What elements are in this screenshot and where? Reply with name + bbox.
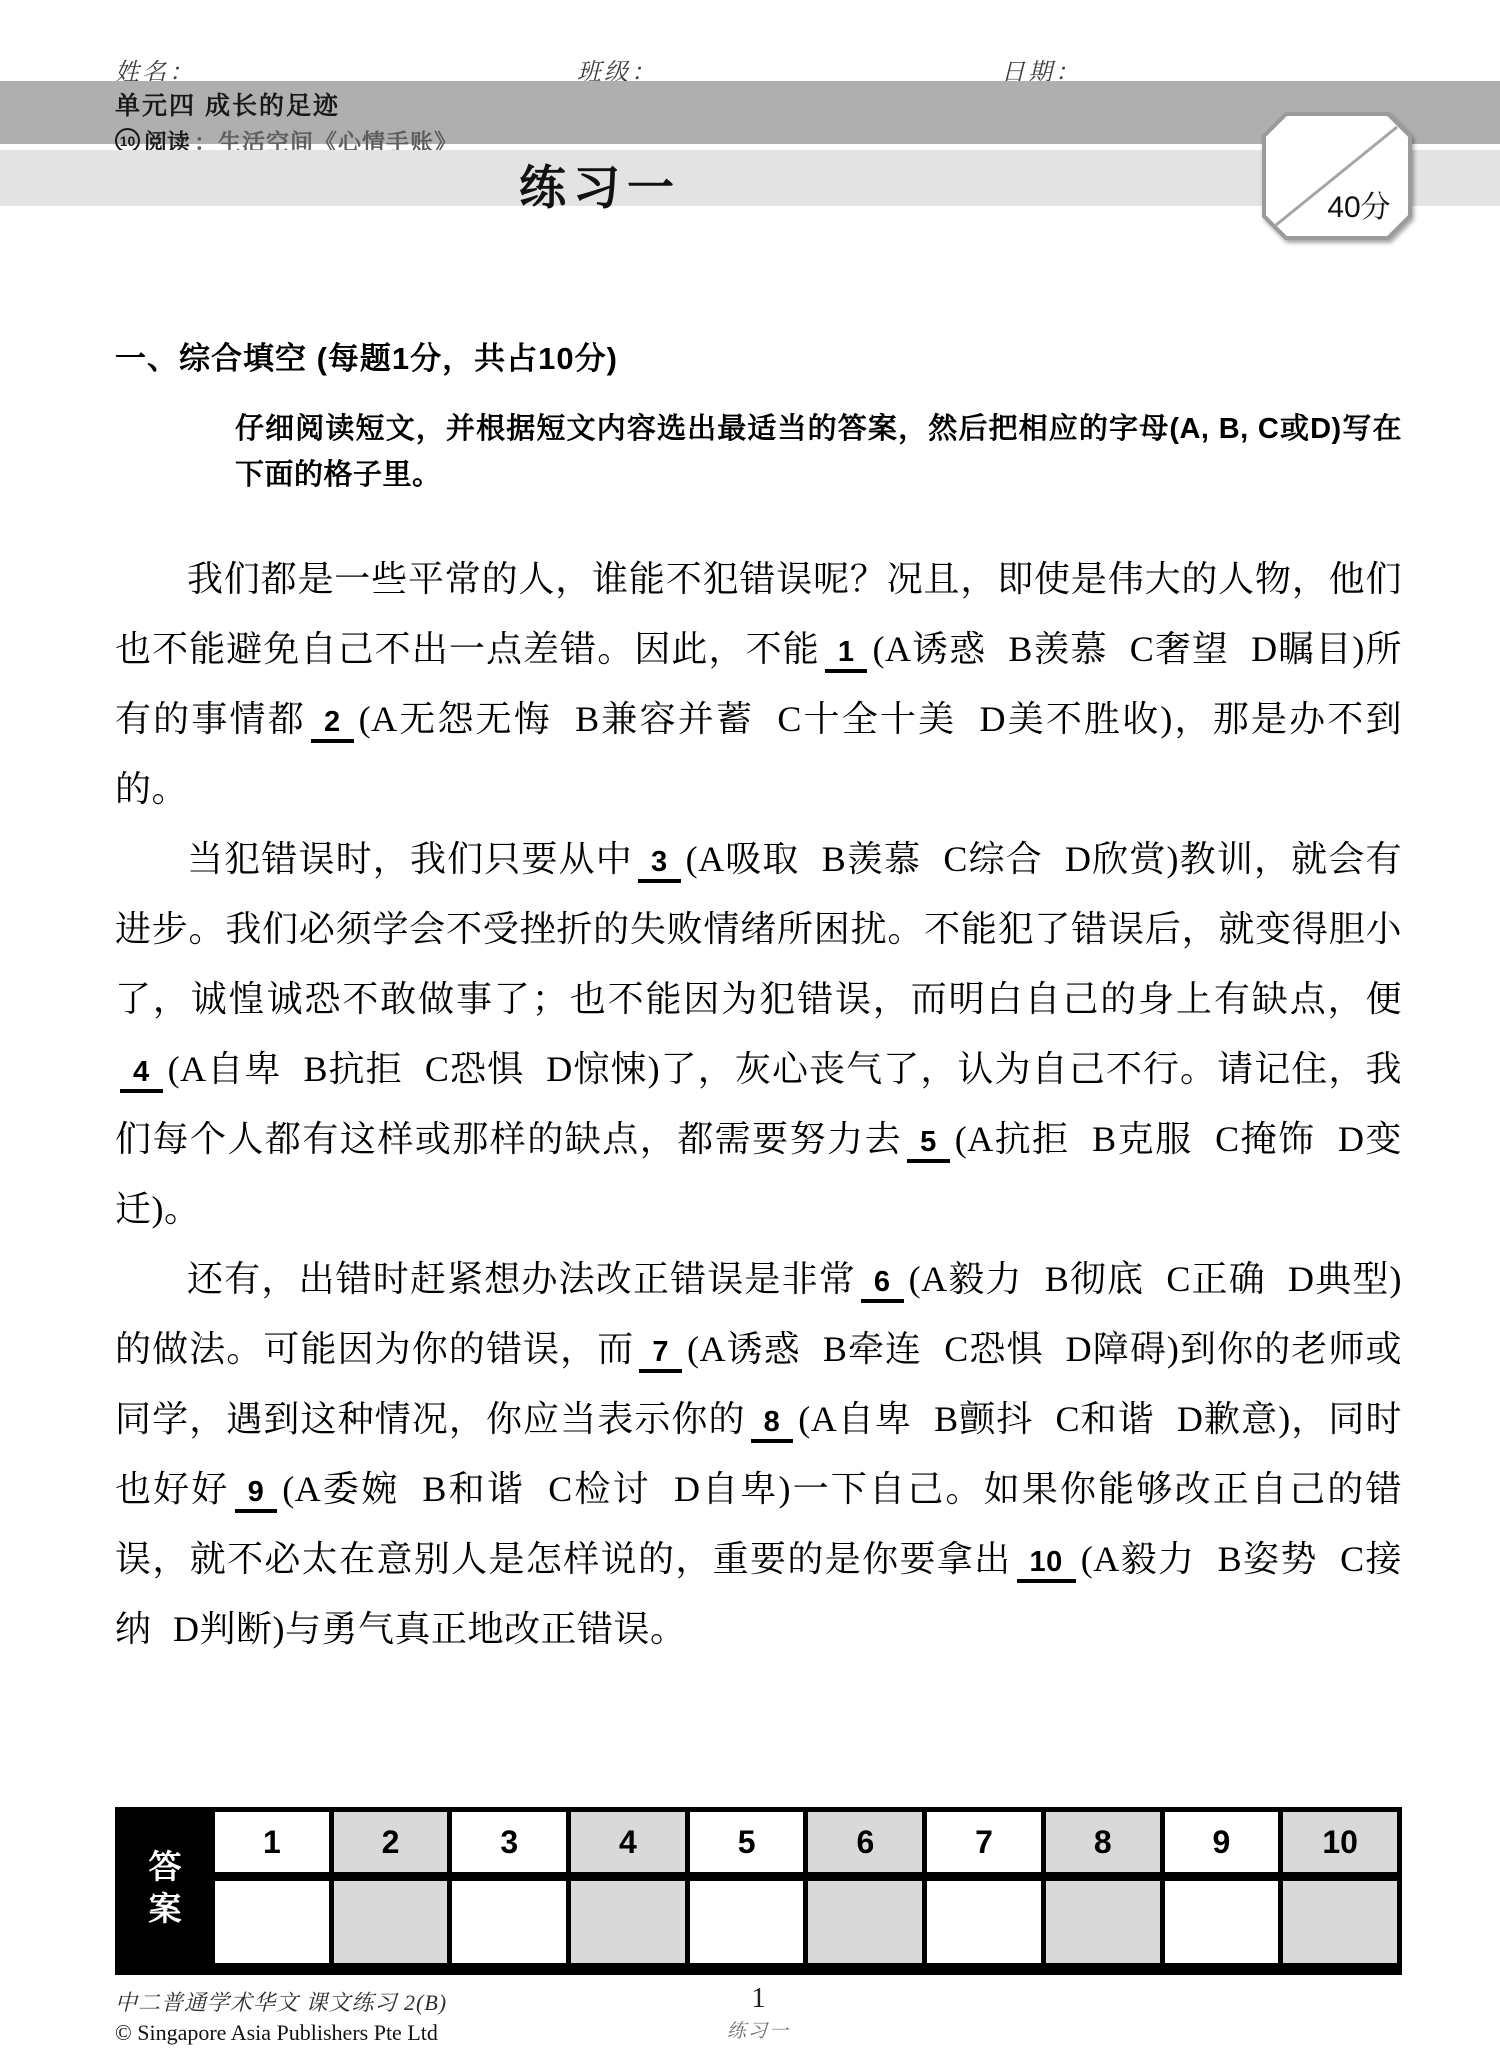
answer-table: 答案 12345678910 xyxy=(115,1807,1402,1975)
blank-9: 9 xyxy=(235,1476,278,1513)
passage-paragraph: 还有，出错时赶紧想办法改正错误是非常6(A毅力 B彻底 C正确 D典型)的做法。… xyxy=(115,1244,1402,1664)
score-stamp: 40分 xyxy=(1262,112,1412,240)
answer-cell-5[interactable] xyxy=(685,1881,804,1963)
answer-input-row xyxy=(210,1881,1397,1963)
blank-4: 4 xyxy=(120,1056,163,1093)
answer-cell-3[interactable] xyxy=(447,1881,566,1963)
answer-cell-6[interactable] xyxy=(803,1881,922,1963)
page-number: 1 xyxy=(115,1982,1402,2015)
answer-table-label-cell: 答案 xyxy=(120,1812,210,1963)
answer-col-header-2: 2 xyxy=(329,1812,448,1872)
page-title: 练习一 xyxy=(0,151,1200,218)
blank-7: 7 xyxy=(639,1336,682,1373)
footer-page-info: 1 练习一 xyxy=(115,1982,1402,2043)
blank-3: 3 xyxy=(638,846,681,883)
answer-col-header-6: 6 xyxy=(803,1812,922,1872)
passage-paragraph: 当犯错误时，我们只要从中3(A吸取 B羡慕 C综合 D欣赏)教训，就会有进步。我… xyxy=(115,824,1402,1244)
answer-col-header-10: 10 xyxy=(1278,1812,1397,1872)
passage: 我们都是一些平常的人，谁能不犯错误呢？况且，即使是伟大的人物，他们也不能避免自己… xyxy=(115,544,1402,1664)
answer-cell-2[interactable] xyxy=(329,1881,448,1963)
answer-col-header-9: 9 xyxy=(1160,1812,1279,1872)
footer-page-label: 练习一 xyxy=(115,2016,1402,2043)
answer-col-header-8: 8 xyxy=(1041,1812,1160,1872)
score-total-label: 40分 xyxy=(1327,191,1390,224)
blank-8: 8 xyxy=(751,1406,794,1443)
answer-cell-10[interactable] xyxy=(1278,1881,1397,1963)
answer-cell-8[interactable] xyxy=(1041,1881,1160,1963)
answer-col-header-4: 4 xyxy=(566,1812,685,1872)
answer-col-header-1: 1 xyxy=(210,1812,329,1872)
answer-col-header-5: 5 xyxy=(685,1812,804,1872)
passage-paragraph: 我们都是一些平常的人，谁能不犯错误呢？况且，即使是伟大的人物，他们也不能避免自己… xyxy=(115,544,1402,824)
answer-cell-7[interactable] xyxy=(922,1881,1041,1963)
blank-5: 5 xyxy=(907,1126,950,1163)
blank-10: 10 xyxy=(1017,1546,1076,1583)
student-info-row: 姓名： 班级： 日期： xyxy=(0,52,1500,82)
blank-1: 1 xyxy=(825,636,868,673)
answer-cell-4[interactable] xyxy=(566,1881,685,1963)
answer-cell-1[interactable] xyxy=(210,1881,329,1963)
blank-6: 6 xyxy=(861,1266,904,1303)
answer-table-label: 答案 xyxy=(147,1846,183,1930)
section-heading: 一、综合填空 (每题1分，共占10分) xyxy=(115,333,1402,378)
answer-header-row: 12345678910 xyxy=(210,1812,1397,1881)
answer-col-header-7: 7 xyxy=(922,1812,1041,1872)
blank-2: 2 xyxy=(311,706,354,743)
answer-cell-9[interactable] xyxy=(1160,1881,1279,1963)
answer-col-header-3: 3 xyxy=(447,1812,566,1872)
instructions-text: 仔细阅读短文，并根据短文内容选出最适当的答案，然后把相应的字母(A, B, C或… xyxy=(235,406,1402,498)
exercise-body: 一、综合填空 (每题1分，共占10分) 仔细阅读短文，并根据短文内容选出最适当的… xyxy=(115,333,1402,1664)
answer-grid: 12345678910 xyxy=(210,1812,1397,1963)
